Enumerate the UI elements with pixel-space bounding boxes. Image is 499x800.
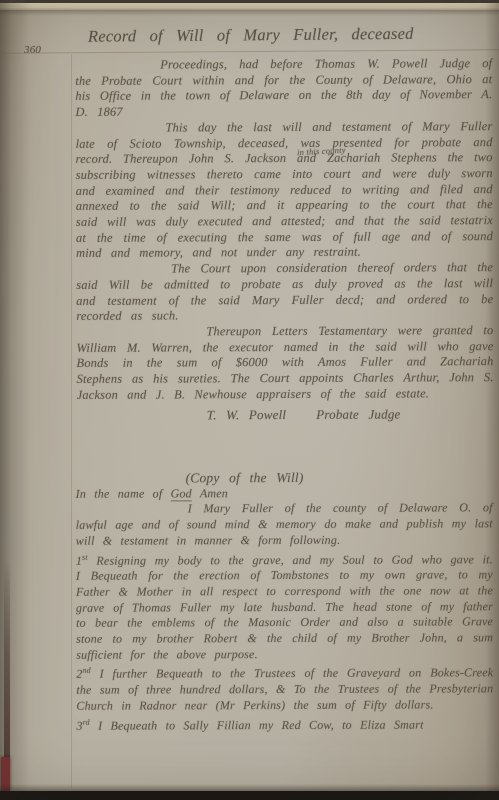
opening-post: Amen bbox=[192, 486, 228, 500]
will-item-3-ordinal: 3rd bbox=[76, 718, 89, 732]
will-item-1: 1st Resigning my body to the grave, and … bbox=[76, 548, 493, 663]
paragraph-court-order: The Court upon consideration thereof ord… bbox=[76, 260, 493, 325]
right-page-shade bbox=[485, 0, 499, 800]
will-item-1-ordinal: 1st bbox=[76, 553, 88, 567]
opening-pre: In the name of bbox=[76, 486, 171, 500]
bottom-shadow bbox=[0, 784, 499, 791]
will-item-2-ordinal: 2nd bbox=[76, 667, 91, 681]
paragraph-proceedings: Proceedings, had before Thomas W. Powell… bbox=[75, 56, 492, 121]
judge-signature: T. W. Powell Probate Judge bbox=[77, 407, 494, 425]
top-shadow bbox=[0, 10, 499, 16]
will-opening-line: In the name of God Amen bbox=[76, 485, 493, 502]
probate-record-text: Proceedings, had before Thomas W. Powell… bbox=[75, 56, 494, 424]
margin-rule-line bbox=[71, 54, 72, 788]
will-item-3-text: I Bequeath to Sally Fillian my Red Cow, … bbox=[98, 717, 424, 732]
will-item-2: 2nd I further Bequeath to the Trustees o… bbox=[76, 662, 493, 715]
will-item-3: 3rd I Bequeath to Sally Fillian my Red C… bbox=[76, 713, 493, 734]
paragraph-presentation: This day the last will and testament of … bbox=[75, 119, 493, 262]
copy-of-will-heading: (Copy of the Will) bbox=[76, 469, 493, 486]
judge-signature-title: Probate Judge bbox=[316, 407, 400, 423]
book-page-edges bbox=[0, 3, 499, 10]
header-rule-line bbox=[0, 49, 499, 53]
page-number: 360 bbox=[24, 44, 41, 56]
page-title: Record of Will of Mary Fuller, deceased bbox=[88, 23, 478, 46]
will-item-2-text: I further Bequeath to the Trustees of th… bbox=[76, 666, 493, 713]
paragraph-letters-testamentary: Thereupon Letters Testamentary were gran… bbox=[76, 323, 493, 403]
ledger-page-photo: 360 Record of Will of Mary Fuller, decea… bbox=[0, 0, 499, 800]
judge-signature-name: T. W. Powell bbox=[207, 407, 286, 423]
copied-will-text: (Copy of the Will) In the name of God Am… bbox=[76, 469, 494, 734]
opening-underlined-word: God bbox=[171, 486, 192, 501]
will-item-1-text: Resigning my body to the grave, and my S… bbox=[76, 552, 493, 662]
will-intro-paragraph: I Mary Fuller of the county of Delaware … bbox=[76, 501, 493, 550]
photo-bottom-edge bbox=[0, 791, 499, 800]
